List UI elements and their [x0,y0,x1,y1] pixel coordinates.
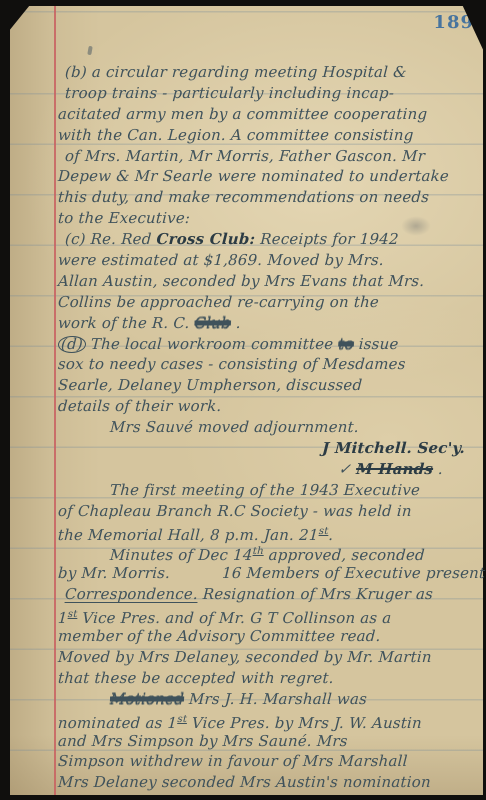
handwriting-text: Moved by Mrs Delaney, seconded by Mr. Ma… [58,648,433,666]
handwriting-text: (b) a circular regarding meeting Hospita… [65,63,408,81]
handwriting-text: and Mrs Simpson by Mrs Sauné. Mrs [58,732,349,750]
handwriting-text: Resignation of Mrs Kruger as [197,585,433,603]
handwriting-text: issue [353,335,399,353]
red-margin-line [54,6,56,795]
handwriting-text: of Chapleau Branch R.C Society - was hel… [58,502,413,520]
handwriting-text: th [253,546,265,557]
handwriting-text: sox to needy cases - consisting of Mesda… [58,355,407,373]
handwriting-text: Collins be approached re-carrying on the [58,293,380,311]
handwriting-text: to the Executive: [58,209,191,227]
page-corner-top-left [0,0,34,42]
handwriting-line: Simpson withdrew in favour of Mrs Marsha… [57,751,471,772]
page-corner-top-right [460,0,486,56]
handwriting-text: were estimated at $1,869. Moved by Mrs. [58,251,385,269]
handwriting-line: with the Can. Legion. A committee consis… [57,125,471,146]
handwriting-text: ✓ [338,460,357,478]
handwriting-line: Searle, Delaney Umpherson, discussed [57,375,471,396]
handwriting-text: with the Can. Legion. A committee consis… [58,126,414,144]
handwriting-line: that these be accepted with regret. [57,668,471,689]
ledger-page: 189 (b) a circular regarding meeting Hos… [10,6,483,795]
handwriting-line: Minutes of Dec 14th approved, seconded [57,542,471,563]
handwriting-line: Moved by Mrs Delaney, seconded by Mr. Ma… [57,647,471,668]
handwriting-text: Correspondence. [65,585,199,603]
handwriting-line: details of their work. [57,396,471,417]
handwriting-text: Vice Pres. by Mrs J. W. Austin [186,714,422,732]
handwriting-text: approved, seconded [263,546,425,564]
handwriting-text: Allan Austin, seconded by Mrs Evans that… [58,272,425,290]
handwriting-text: Receipts for 1942 [255,230,399,248]
handwriting-line: of Mrs. Martin, Mr Morris, Father Gascon… [57,146,471,167]
handwriting-text: troop trains - particularly including in… [65,84,395,102]
handwriting-text: member of the Advisory Committee read. [58,627,382,645]
handwriting-line: (c) Re. Red Cross Club: Receipts for 194… [57,229,471,250]
handwriting-text: Mrs Delaney seconded Mrs Austin's nomina… [58,773,432,791]
handwriting-text: the Memorial Hall, 8 p.m. Jan. 21 [57,526,319,544]
handwriting-text: Mrs J. H. Marshall was [184,690,368,708]
handwriting-line: were estimated at $1,869. Moved by Mrs. [57,250,471,271]
handwriting-text: Minutes of Dec 14 [109,546,253,564]
handwriting-line: Motioned Mrs J. H. Marshall was [57,689,471,710]
handwriting-text: J Mitchell. Sec'y. [322,439,466,457]
handwriting-line: ✓ M Hands . [57,459,471,480]
handwriting-text: Depew & Mr Searle were nominated to unde… [58,167,450,185]
handwriting-text: (d) [58,336,87,353]
handwriting-text: acitated army men by a committee coopera… [58,105,428,123]
handwriting-line: work of the R. C. Club . [57,313,471,334]
handwriting-text: 1 [57,609,68,627]
handwriting-line: J Mitchell. Sec'y. [57,438,471,459]
handwriting-text: Cross Club: [156,230,256,248]
handwriting-text: details of their work. [58,397,222,415]
handwriting-text: this duty, and make recommendations on n… [58,188,430,206]
handwriting-line: to the Executive: [57,208,471,229]
handwriting-text: Searle, Delaney Umpherson, discussed [58,376,363,394]
handwriting-line: member of the Advisory Committee read. [57,626,471,647]
handwriting-text: The first meeting of the 1943 Executive [110,481,421,499]
handwriting-text: by Mr. Morris. [58,564,171,582]
handwriting-line: The first meeting of the 1943 Executive [57,480,471,501]
handwriting-text: Club [194,314,231,332]
handwriting-line: Allan Austin, seconded by Mrs Evans that… [57,271,471,292]
handwriting-text: Vice Pres. and of Mr. G T Collinson as a [77,609,392,627]
handwriting-line: the Memorial Hall, 8 p.m. Jan. 21st. [57,522,471,543]
handwriting-line: (d) The local workroom committee to issu… [57,334,471,355]
handwriting-text: Simpson withdrew in favour of Mrs Marsha… [58,752,409,770]
handwriting-text: 16 Members of Executive present. [222,564,486,582]
handwriting-line: acitated army men by a committee coopera… [57,104,471,125]
handwriting-line: 1st Vice Pres. and of Mr. G T Collinson … [57,605,471,626]
handwriting-text: . [433,460,444,478]
handwriting-line: and Mrs Simpson by Mrs Sauné. Mrs [57,731,471,752]
handwriting-line: (b) a circular regarding meeting Hospita… [57,62,471,83]
handwriting-text: The local workroom committee [85,335,338,353]
handwriting-text: work of the R. C. [58,314,195,332]
handwriting-text: that these be accepted with regret. [58,669,335,687]
handwriting-line: troop trains - particularly including in… [57,83,471,104]
handwriting-text: Mrs Sauvé moved adjournment. [110,418,360,436]
handwriting-text: . [230,314,241,332]
handwriting-text: M Hands [356,460,434,478]
handwriting-line: by Mr. Morris.16 Members of Executive pr… [57,563,471,584]
handwriting-line: Correspondence. Resignation of Mrs Kruge… [57,584,471,605]
handwriting-text: . [328,526,334,544]
handwritten-lines: (b) a circular regarding meeting Hospita… [58,62,471,795]
handwriting-line: nominated as 1st Vice Pres. by Mrs J. W.… [57,710,471,731]
handwriting-line: Depew & Mr Searle were nominated to unde… [57,166,471,187]
handwriting-line: Mrs Sauvé moved adjournment. [57,417,471,438]
handwriting-text: to [338,335,354,353]
handwriting-line: Mrs Delaney seconded Mrs Austin's nomina… [57,772,471,793]
handwriting-text: of Mrs. Martin, Mr Morris, Father Gascon… [65,147,426,165]
handwriting-text: (c) Re. Red [65,230,157,248]
handwriting-line: Collins be approached re-carrying on the [57,292,471,313]
handwriting-text: nominated as 1 [57,714,177,732]
handwriting-text: Motioned [110,690,185,708]
handwriting-line: of Chapleau Branch R.C Society - was hel… [57,501,471,522]
handwriting-line: sox to needy cases - consisting of Mesda… [57,354,471,375]
scan-background: 189 (b) a circular regarding meeting Hos… [0,0,486,800]
handwriting-line: this duty, and make recommendations on n… [57,187,471,208]
